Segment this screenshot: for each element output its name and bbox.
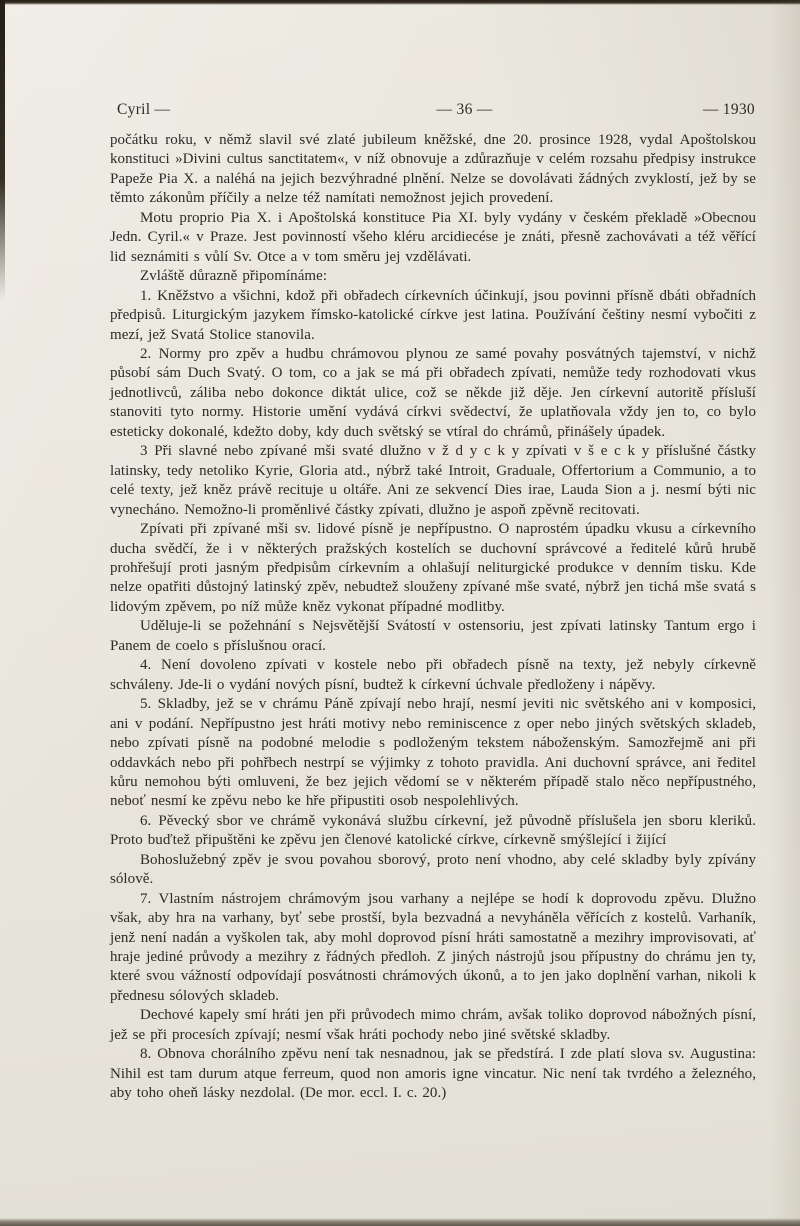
paragraph-item-8: 8. Obnova chorálního zpěvu není tak nesn… bbox=[110, 1045, 756, 1103]
paragraph-item-4: 4. Není dovoleno zpívati v kostele nebo … bbox=[110, 656, 756, 695]
paragraph-item-2: 2. Normy pro zpěv a hudbu chrámovou plyn… bbox=[110, 345, 756, 442]
paragraph: Zvláště důrazně připomínáme: bbox=[110, 267, 756, 286]
paragraph-item-5: 5. Skladby, jež se v chrámu Páně zpívají… bbox=[110, 695, 756, 812]
scan-top-edge bbox=[0, 0, 800, 5]
paragraph: Dechové kapely smí hráti jen při průvode… bbox=[110, 1006, 756, 1045]
paragraph: Zpívati při zpívané mši sv. lidové písně… bbox=[110, 520, 756, 617]
paragraph-item-7: 7. Vlastním nástrojem chrámovým jsou var… bbox=[110, 890, 756, 1007]
paragraph: Bohoslužebný zpěv je svou povahou sborov… bbox=[110, 851, 756, 890]
paragraph-item-6: 6. Pěvecký sbor ve chrámě vykonává služb… bbox=[110, 812, 756, 851]
paragraph-continuation: počátku roku, v němž slavil své zlaté ju… bbox=[110, 131, 756, 209]
paragraph: Uděluje-li se požehnání s Nejsvětější Sv… bbox=[110, 617, 756, 656]
paragraph: Motu proprio Pia X. i Apoštolská konstit… bbox=[110, 209, 756, 267]
paragraph-item-3: 3 Při slavné nebo zpívané mši svaté dluž… bbox=[110, 442, 756, 520]
page-number: — 36 — bbox=[437, 101, 493, 119]
scan-right-shading bbox=[770, 0, 800, 1226]
paragraph-item-1: 1. Kněžstvo a všichni, kdož při obřadech… bbox=[110, 287, 756, 345]
running-title: Cyril — bbox=[117, 101, 170, 119]
scan-left-edge bbox=[0, 0, 5, 300]
scan-bottom-edge bbox=[0, 1218, 800, 1226]
year-label: — 1930 bbox=[703, 101, 755, 119]
page-body: počátku roku, v němž slavil své zlaté ju… bbox=[110, 131, 756, 1104]
page-header: Cyril — — 36 — — 1930 bbox=[117, 101, 755, 119]
